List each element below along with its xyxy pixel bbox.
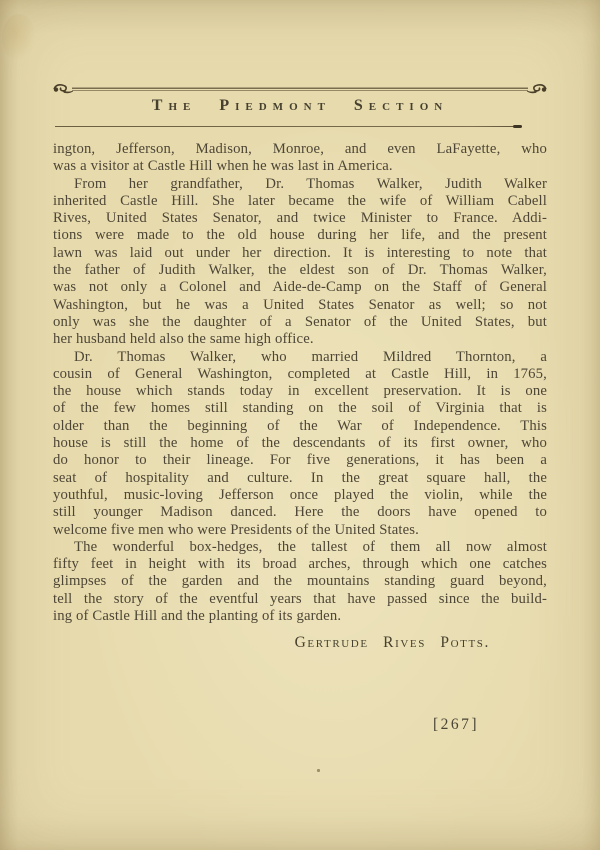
text-line: older than the beginning of the War of I…: [53, 418, 547, 435]
text-line: tions were made to the old house during …: [53, 227, 547, 244]
text-line: Rives, United States Senator, and twice …: [53, 210, 547, 227]
text-line: The wonderful box-hedges, the tallest of…: [53, 539, 547, 556]
text-line: of the few homes still standing on the s…: [53, 400, 547, 417]
text-line: youthful, music-loving Jefferson once pl…: [53, 487, 547, 504]
ornamental-rule: [50, 81, 550, 97]
paragraph: The wonderful box-hedges, the tallest of…: [53, 539, 547, 625]
text-line: glimpses of the garden and the mountains…: [53, 573, 547, 590]
right-scroll-ornament: [527, 85, 546, 93]
scanned-book-page: The Piedmont Section ington, Jefferson, …: [0, 0, 600, 850]
text-line: still younger Madison danced. Here the d…: [53, 504, 547, 521]
text-line: was a visitor at Castle Hill when he was…: [53, 158, 547, 175]
text-line: lawn was laid out under her direction. I…: [53, 245, 547, 262]
text-line: From her grandfather, Dr. Thomas Walker,…: [53, 176, 547, 193]
text-line: ington, Jefferson, Madison, Monroe, and …: [53, 141, 547, 158]
article-body: ington, Jefferson, Madison, Monroe, and …: [53, 141, 547, 652]
text-line: cousin of General Washington, completed …: [53, 366, 547, 383]
text-line: do honor to their lineage. For five gene…: [53, 452, 547, 469]
text-line: the house which stands today in excellen…: [53, 383, 547, 400]
text-line: Washington, but he was a United States S…: [53, 297, 547, 314]
paper-stain: [2, 14, 36, 62]
page-number: [267]: [433, 716, 479, 734]
left-scroll-ornament: [54, 85, 73, 93]
text-line: her husband held also the same high offi…: [53, 331, 547, 348]
text-line: fifty feet in height with its broad arch…: [53, 556, 547, 573]
text-line: Dr. Thomas Walker, who married Mildred T…: [53, 349, 547, 366]
text-line: the father of Judith Walker, the eldest …: [53, 262, 547, 279]
text-line: inherited Castle Hill. She later became …: [53, 193, 547, 210]
text-line: only was she the daughter of a Senator o…: [53, 314, 547, 331]
paragraph: From her grandfather, Dr. Thomas Walker,…: [53, 176, 547, 349]
page-title: The Piedmont Section: [0, 97, 600, 115]
scan-speck: [317, 769, 320, 772]
text-line: house is still the home of the descendan…: [53, 435, 547, 452]
paragraph: ington, Jefferson, Madison, Monroe, and …: [53, 141, 547, 176]
text-line: ing of Castle Hill and the planting of i…: [53, 608, 547, 625]
paragraph: Dr. Thomas Walker, who married Mildred T…: [53, 349, 547, 539]
text-line: tell the story of the eventful years tha…: [53, 591, 547, 608]
text-line: welcome five men who were Presidents of …: [53, 522, 547, 539]
author-signature: Gertrude Rives Potts.: [53, 634, 547, 651]
text-line: seat of hospitality and culture. In the …: [53, 470, 547, 487]
text-line: was not only a Colonel and Aide-de-Camp …: [53, 279, 547, 296]
header-underline: [55, 126, 520, 127]
